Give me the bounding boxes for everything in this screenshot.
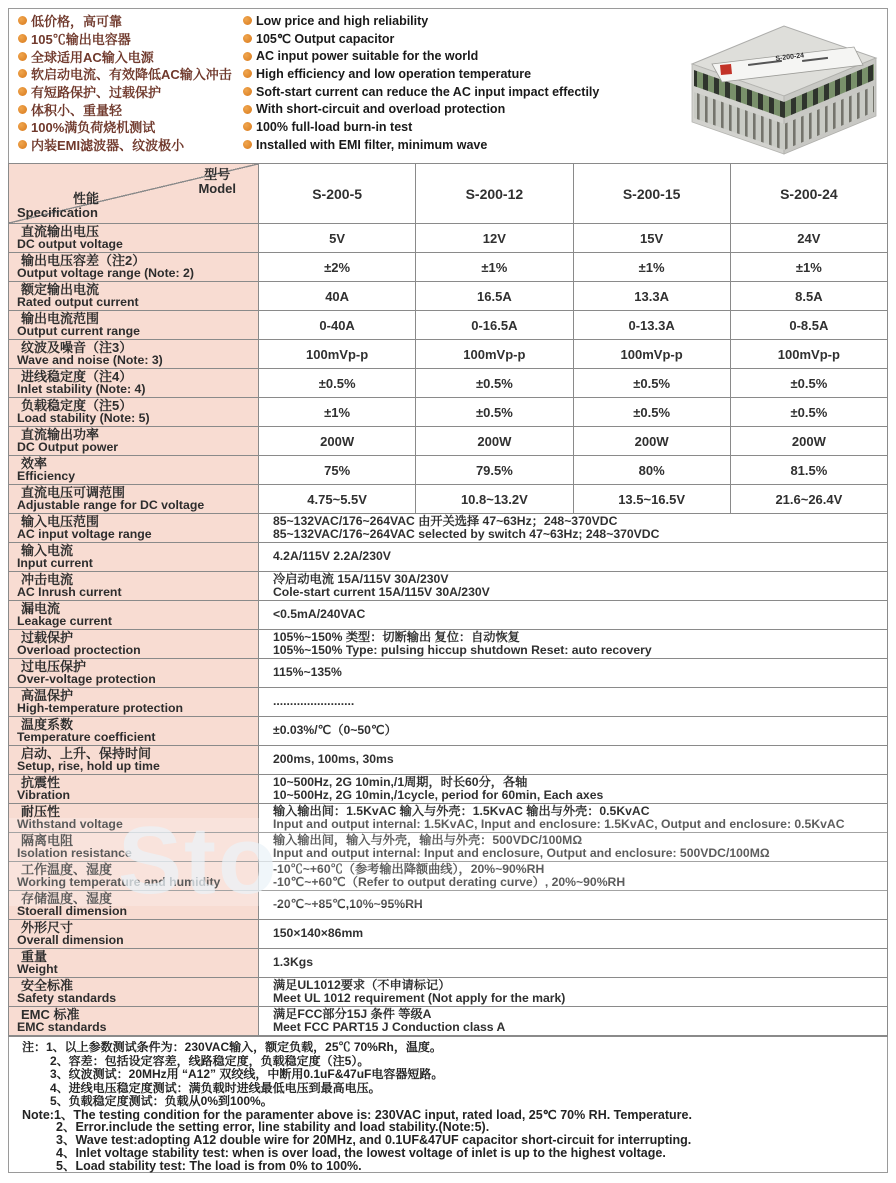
spec-label-en-text: Withstand voltage	[17, 818, 254, 831]
spec-label-cell: 进线稳定度（注4）Inlet stability (Note: 4)	[9, 369, 259, 398]
spec-label-cell: 抗震性Vibration	[9, 775, 259, 804]
spec-value-cell: 16.5A	[416, 282, 573, 311]
spec-label-cell: 外形尺寸Overall dimension	[9, 920, 259, 949]
spec-row: 过载保护Overload proctection105%~150% 类型：切断输…	[9, 630, 887, 659]
spec-label-cn-text: 温度系数	[21, 718, 254, 732]
spec-value-cell: 0-8.5A	[731, 311, 887, 340]
feature-text: 105℃ Output capacitor	[256, 31, 394, 46]
spec-value-cell: 12V	[416, 224, 573, 253]
spec-row: 直流电压可调范围Adjustable range for DC voltage4…	[9, 485, 887, 514]
spec-span-line: -20℃~+85℃,10%~95%RH	[273, 898, 423, 912]
spec-row: 输入电压范围AC input voltage range85~132VAC/17…	[9, 514, 887, 543]
spec-label-cn-text: 纹波及噪音（注3）	[21, 341, 254, 355]
note-line: Note:1、The testing condition for the par…	[8, 1109, 888, 1122]
spec-value-cell: 100mVp-p	[416, 340, 573, 369]
spec-value-cell: 75%	[259, 456, 416, 485]
spec-value-cell: ±1%	[416, 253, 573, 282]
feature-item: AC input power suitable for the world	[243, 47, 663, 65]
spec-label-cn-text: 耐压性	[21, 805, 254, 819]
spec-label-cn-text: 进线稳定度（注4）	[21, 370, 254, 384]
spec-value-cell: 0-16.5A	[416, 311, 573, 340]
feature-text: 105℃输出电容器	[31, 29, 131, 48]
spec-value-cell: ±0.5%	[416, 398, 573, 427]
feature-text: 低价格，高可靠	[31, 11, 122, 30]
feature-text: 内装EMI滤波器、纹波极小	[31, 135, 184, 154]
spec-label-en-text: Weight	[17, 963, 254, 976]
spec-label-en-text: Overall dimension	[17, 934, 254, 947]
spec-span-cell: 1.3Kgs	[259, 949, 887, 978]
spec-span-line: ........................	[273, 695, 354, 709]
spec-label-cell: 温度系数Temperature coefficient	[9, 717, 259, 746]
spec-label-en-text: Working temperature and humidity	[17, 876, 254, 889]
spec-span-cell: 85~132VAC/176~264VAC 由开关选择 47~63Hz；248~3…	[259, 514, 887, 543]
bullet-icon	[18, 87, 27, 96]
spec-label-cn-text: 隔离电阻	[21, 834, 254, 848]
spec-label-cell: EMC 标准EMC standards	[9, 1007, 259, 1036]
spec-row: 纹波及噪音（注3）Wave and noise (Note: 3)100mVp-…	[9, 340, 887, 369]
spec-span-line: 150×140×86mm	[273, 927, 363, 941]
spec-label-en-text: High-temperature protection	[17, 702, 254, 715]
feature-text: Soft-start current can reduce the AC inp…	[256, 85, 599, 99]
spec-label-en-text: Safety standards	[17, 992, 254, 1005]
feature-item: 内装EMI滤波器、纹波极小	[18, 136, 243, 154]
spec-label-cn-text: 输入电压范围	[21, 515, 254, 529]
bullet-icon	[18, 122, 27, 131]
notes-section: 注：1、以上参数测试条件为：230VAC输入，额定负载，25℃ 70%Rh，温度…	[8, 1041, 888, 1173]
spec-row: 过电压保护Over-voltage protection115%~135%	[9, 659, 887, 688]
spec-label-en-text: Overload proctection	[17, 644, 254, 657]
spec-value-cell: 81.5%	[731, 456, 887, 485]
spec-sheet-page: 低价格，高可靠105℃输出电容器全球适用AC输入电源软启动电流、有效降低AC输入…	[0, 0, 896, 1183]
spec-label-cell: 输入电流Input current	[9, 543, 259, 572]
spec-label-cell: 直流输出电压DC output voltage	[9, 224, 259, 253]
spec-value-cell: 8.5A	[731, 282, 887, 311]
spec-table: 型号 Model 性能 Specification S-200-5 S-200-…	[8, 163, 888, 1037]
spec-span-cell: 115%~135%	[259, 659, 887, 688]
spec-row: 输出电压容差（注2）Output voltage range (Note: 2)…	[9, 253, 887, 282]
spec-value-cell: 200W	[731, 427, 887, 456]
spec-value-cell: 100mVp-p	[259, 340, 416, 369]
feature-item: Low price and high reliability	[243, 12, 663, 30]
spec-value-cell: 10.8~13.2V	[416, 485, 573, 514]
spec-label-cell: 输入电压范围AC input voltage range	[9, 514, 259, 543]
spec-label-en: Specification	[17, 206, 99, 220]
spec-value-cell: ±0.5%	[731, 398, 887, 427]
spec-label-cn-text: 启动、上升、保持时间	[21, 747, 254, 761]
bullet-icon	[243, 122, 252, 131]
spec-span-cell: 200ms, 100ms, 30ms	[259, 746, 887, 775]
spec-label-cn-text: 效率	[21, 457, 254, 471]
spec-label-en-text: Inlet stability (Note: 4)	[17, 383, 254, 396]
spec-row: 进线稳定度（注4）Inlet stability (Note: 4)±0.5%±…	[9, 369, 887, 398]
bullet-icon	[18, 16, 27, 25]
spec-label-en-text: Stoerall dimension	[17, 905, 254, 918]
spec-value-cell: 200W	[574, 427, 731, 456]
spec-span-cell: ±0.03%/℃（0~50℃）	[259, 717, 887, 746]
spec-label-en-text: Isolation resistance	[17, 847, 254, 860]
spec-span-line: 10~500Hz, 2G 10min,/1周期，时长60分，各轴	[273, 776, 527, 790]
spec-label-en-text: Over-voltage protection	[17, 673, 254, 686]
spec-label-en-text: DC output voltage	[17, 238, 254, 251]
spec-value-cell: ±0.5%	[416, 369, 573, 398]
spec-row: 抗震性Vibration10~500Hz, 2G 10min,/1周期，时长60…	[9, 775, 887, 804]
note-line: 5、负载稳定度测试：负载从0%到100%。	[8, 1095, 888, 1109]
spec-value-cell: 13.3A	[574, 282, 731, 311]
features-cn: 低价格，高可靠105℃输出电容器全球适用AC输入电源软启动电流、有效降低AC输入…	[18, 12, 243, 154]
spec-label-cn-text: 过载保护	[21, 631, 254, 645]
spec-label-en-text: AC Inrush current	[17, 586, 254, 599]
spec-span-cell: 满足FCC部分15J 条件 等级AMeet FCC PART15 J Condu…	[259, 1007, 887, 1036]
spec-row: 隔离电阻Isolation resistance输入输出间，输入与外壳，输出与外…	[9, 833, 887, 862]
spec-span-cell: 4.2A/115V 2.2A/230V	[259, 543, 887, 572]
spec-span-cell: 输入输出间：1.5KvAC 输入与外壳：1.5KvAC 输出与外壳：0.5KvA…	[259, 804, 887, 833]
spec-label-en-text: Adjustable range for DC voltage	[17, 499, 254, 512]
spec-row: 输出电流范围Output current range0-40A0-16.5A0-…	[9, 311, 887, 340]
bullet-icon	[243, 16, 252, 25]
spec-label-en-text: DC Output power	[17, 441, 254, 454]
spec-span-cell: 10~500Hz, 2G 10min,/1周期，时长60分，各轴10~500Hz…	[259, 775, 887, 804]
spec-span-cell: 输入输出间，输入与外壳，输出与外壳：500VDC/100MΩInput and …	[259, 833, 887, 862]
spec-label-en-text: AC input voltage range	[17, 528, 254, 541]
spec-label-en-text: Output voltage range (Note: 2)	[17, 267, 254, 280]
spec-label-en-text: Load stability (Note: 5)	[17, 412, 254, 425]
spec-span-line: Input and output internal: 1.5KvAC, Inpu…	[273, 818, 845, 832]
spec-label-cell: 额定输出电流Rated output current	[9, 282, 259, 311]
model-column-header: S-200-5	[259, 164, 416, 224]
spec-span-line: Cole-start current 15A/115V 30A/230V	[273, 586, 490, 600]
spec-value-cell: 0-40A	[259, 311, 416, 340]
spec-row: 外形尺寸Overall dimension150×140×86mm	[9, 920, 887, 949]
spec-span-line: 10~500Hz, 2G 10min,/1cycle, period for 6…	[273, 789, 603, 803]
notes-cn: 注：1、以上参数测试条件为：230VAC输入，额定负载，25℃ 70%Rh，温度…	[8, 1041, 888, 1109]
bullet-icon	[243, 105, 252, 114]
table-corner-cell: 型号 Model 性能 Specification	[9, 164, 259, 224]
spec-span-cell: <0.5mA/240VAC	[259, 601, 887, 630]
spec-span-line: 满足UL1012要求（不申请标记）	[273, 979, 450, 993]
spec-value-cell: ±2%	[259, 253, 416, 282]
spec-value-cell: ±0.5%	[731, 369, 887, 398]
spec-row: 漏电流Leakage current<0.5mA/240VAC	[9, 601, 887, 630]
spec-span-cell: 满足UL1012要求（不申请标记）Meet UL 1012 requiremen…	[259, 978, 887, 1007]
spec-row: 存储温度、湿度Stoerall dimension-20℃~+85℃,10%~9…	[9, 891, 887, 920]
feature-item: 全球适用AC输入电源	[18, 47, 243, 65]
feature-text: 全球适用AC输入电源	[31, 47, 154, 66]
spec-label-cell: 过载保护Overload proctection	[9, 630, 259, 659]
spec-value-cell: 5V	[259, 224, 416, 253]
spec-label-en-text: Output current range	[17, 325, 254, 338]
feature-text: 体积小、重量轻	[31, 100, 122, 119]
spec-value-cell: ±1%	[731, 253, 887, 282]
spec-span-line: -10℃~+60℃（参考输出降额曲线），20%~90%RH	[273, 863, 544, 877]
bullet-icon	[18, 140, 27, 149]
feature-text: Installed with EMI filter, minimum wave	[256, 138, 487, 152]
feature-item: 体积小、重量轻	[18, 100, 243, 118]
spec-label-cell: 过电压保护Over-voltage protection	[9, 659, 259, 688]
bullet-icon	[243, 69, 252, 78]
spec-value-cell: ±0.5%	[259, 369, 416, 398]
spec-label-cell: 输出电压容差（注2）Output voltage range (Note: 2)	[9, 253, 259, 282]
spec-value-cell: 24V	[731, 224, 887, 253]
model-label-cn: 型号	[198, 168, 236, 182]
spec-label-cn-text: 负载稳定度（注5）	[21, 399, 254, 413]
bullet-icon	[243, 140, 252, 149]
spec-value-cell: 80%	[574, 456, 731, 485]
spec-label-cell: 重量Weight	[9, 949, 259, 978]
spec-label-cn-text: 安全标准	[21, 979, 254, 993]
spec-span-cell: -10℃~+60℃（参考输出降额曲线），20%~90%RH-10℃~+60℃（R…	[259, 862, 887, 891]
spec-label-cn-text: 外形尺寸	[21, 921, 254, 935]
spec-label-cell: 纹波及噪音（注3）Wave and noise (Note: 3)	[9, 340, 259, 369]
spec-span-cell: 105%~150% 类型：切断输出 复位：自动恢复105%~150% Type:…	[259, 630, 887, 659]
spec-span-line: <0.5mA/240VAC	[273, 608, 365, 622]
spec-span-line: Meet FCC PART15 J Conduction class A	[273, 1021, 505, 1035]
spec-label-cell: 耐压性Withstand voltage	[9, 804, 259, 833]
spec-label-cn-text: 漏电流	[21, 602, 254, 616]
spec-row: 高温保护High-temperature protection.........…	[9, 688, 887, 717]
bullet-icon	[18, 34, 27, 43]
spec-span-line: ±0.03%/℃（0~50℃）	[273, 724, 397, 738]
spec-row: 重量Weight1.3Kgs	[9, 949, 887, 978]
spec-label-cell: 隔离电阻Isolation resistance	[9, 833, 259, 862]
spec-value-cell: 13.5~16.5V	[574, 485, 731, 514]
spec-value-cell: 100mVp-p	[574, 340, 731, 369]
feature-item: Soft-start current can reduce the AC inp…	[243, 83, 663, 101]
spec-label-cn-text: 输出电流范围	[21, 312, 254, 326]
corner-model-block: 型号 Model	[198, 168, 236, 196]
spec-label-cn: 性能	[73, 192, 99, 206]
feature-text: 软启动电流、有效降低AC输入冲击	[31, 64, 232, 83]
notes-en: Note:1、The testing condition for the par…	[8, 1109, 888, 1174]
spec-label-cell: 工作温度、湿度Working temperature and humidity	[9, 862, 259, 891]
spec-span-cell: -20℃~+85℃,10%~95%RH	[259, 891, 887, 920]
spec-value-cell: 4.75~5.5V	[259, 485, 416, 514]
spec-label-cn-text: 输入电流	[21, 544, 254, 558]
feature-item: 低价格，高可靠	[18, 12, 243, 30]
spec-value-cell: 40A	[259, 282, 416, 311]
spec-span-line: 85~132VAC/176~264VAC selected by switch …	[273, 528, 659, 542]
feature-text: High efficiency and low operation temper…	[256, 67, 531, 81]
spec-span-cell: ........................	[259, 688, 887, 717]
spec-value-cell: ±0.5%	[574, 369, 731, 398]
table-header-row: 型号 Model 性能 Specification S-200-5 S-200-…	[9, 164, 887, 224]
spec-label-cn-text: 过电压保护	[21, 660, 254, 674]
spec-label-en-text: Wave and noise (Note: 3)	[17, 354, 254, 367]
feature-item: 100% full-load burn-in test	[243, 118, 663, 136]
spec-label-cell: 安全标准Safety standards	[9, 978, 259, 1007]
feature-item: Installed with EMI filter, minimum wave	[243, 136, 663, 154]
feature-item: 软启动电流、有效降低AC输入冲击	[18, 65, 243, 83]
feature-text: AC input power suitable for the world	[256, 49, 478, 63]
label-red-mark	[720, 64, 732, 75]
spec-row: 效率Efficiency75%79.5%80%81.5%	[9, 456, 887, 485]
spec-value-cell: 15V	[574, 224, 731, 253]
spec-row: 温度系数Temperature coefficient±0.03%/℃（0~50…	[9, 717, 887, 746]
feature-item: With short-circuit and overload protecti…	[243, 100, 663, 118]
feature-item: 105℃输出电容器	[18, 30, 243, 48]
spec-label-cn-text: 直流输出功率	[21, 428, 254, 442]
spec-label-cn-text: 直流电压可调范围	[21, 486, 254, 500]
spec-row: 输入电流Input current4.2A/115V 2.2A/230V	[9, 543, 887, 572]
spec-label-cn-text: 重量	[21, 950, 254, 964]
feature-text: Low price and high reliability	[256, 14, 428, 28]
spec-span-line: 4.2A/115V 2.2A/230V	[273, 550, 391, 564]
spec-row: 安全标准Safety standards满足UL1012要求（不申请标记）Mee…	[9, 978, 887, 1007]
bullet-icon	[18, 52, 27, 61]
spec-label-cn-text: 工作温度、湿度	[21, 863, 254, 877]
spec-row: 耐压性Withstand voltage输入输出间：1.5KvAC 输入与外壳：…	[9, 804, 887, 833]
spec-label-cell: 效率Efficiency	[9, 456, 259, 485]
model-column-header: S-200-15	[574, 164, 731, 224]
feature-text: With short-circuit and overload protecti…	[256, 102, 505, 116]
spec-label-en-text: Input current	[17, 557, 254, 570]
spec-label-en-text: Temperature coefficient	[17, 731, 254, 744]
spec-label-en-text: Setup, rise, hold up time	[17, 760, 254, 773]
feature-item: High efficiency and low operation temper…	[243, 65, 663, 83]
spec-span-line: 115%~135%	[273, 666, 342, 680]
feature-text: 100% full-load burn-in test	[256, 120, 412, 134]
spec-label-cell: 输出电流范围Output current range	[9, 311, 259, 340]
spec-label-cell: 直流电压可调范围Adjustable range for DC voltage	[9, 485, 259, 514]
spec-value-cell: 21.6~26.4V	[731, 485, 887, 514]
spec-label-cn-text: 抗震性	[21, 776, 254, 790]
spec-label-cell: 直流输出功率DC Output power	[9, 427, 259, 456]
model-column-header: S-200-12	[416, 164, 573, 224]
note-line: 5、Load stability test: The load is from …	[8, 1160, 888, 1173]
spec-label-cell: 冲击电流AC Inrush current	[9, 572, 259, 601]
feature-item: 有短路保护、过载保护	[18, 83, 243, 101]
feature-text: 有短路保护、过载保护	[31, 82, 161, 101]
spec-span-line: 105%~150% 类型：切断输出 复位：自动恢复	[273, 631, 520, 645]
model-column-header: S-200-24	[731, 164, 887, 224]
spec-label-cn-text: 输出电压容差（注2）	[21, 254, 254, 268]
spec-label-cell: 存储温度、湿度Stoerall dimension	[9, 891, 259, 920]
spec-value-cell: 0-13.3A	[574, 311, 731, 340]
note-line: 4、进线电压稳定度测试：满负载时进线最低电压到最高电压。	[8, 1082, 888, 1096]
feature-item: 100%满负荷烧机测试	[18, 118, 243, 136]
spec-label-en-text: Rated output current	[17, 296, 254, 309]
spec-span-cell: 冷启动电流 15A/115V 30A/230VCole-start curren…	[259, 572, 887, 601]
spec-label-cell: 启动、上升、保持时间Setup, rise, hold up time	[9, 746, 259, 775]
spec-value-cell: ±1%	[574, 253, 731, 282]
spec-row: 负载稳定度（注5）Load stability (Note: 5)±1%±0.5…	[9, 398, 887, 427]
spec-span-line: Meet UL 1012 requirement (Not apply for …	[273, 992, 565, 1006]
spec-label-en-text: Vibration	[17, 789, 254, 802]
spec-value-cell: 79.5%	[416, 456, 573, 485]
spec-value-cell: 200W	[416, 427, 573, 456]
note-line: 3、Wave test:adopting A12 double wire for…	[8, 1134, 888, 1147]
spec-label-cn-text: 冲击电流	[21, 573, 254, 587]
spec-label-en-text: Efficiency	[17, 470, 254, 483]
spec-span-line: 输入输出间：1.5KvAC 输入与外壳：1.5KvAC 输出与外壳：0.5KvA…	[273, 805, 650, 819]
spec-label-en-text: EMC standards	[17, 1021, 254, 1034]
note-line: 注：1、以上参数测试条件为：230VAC输入，额定负载，25℃ 70%Rh，温度…	[8, 1041, 888, 1055]
spec-span-line: 200ms, 100ms, 30ms	[273, 753, 394, 767]
spec-value-cell: ±0.5%	[574, 398, 731, 427]
spec-row: 额定输出电流Rated output current40A16.5A13.3A8…	[9, 282, 887, 311]
spec-value-cell: 200W	[259, 427, 416, 456]
note-line: 4、Inlet voltage stability test: when is …	[8, 1147, 888, 1160]
note-line: 3、纹波测试：20MHz用 “A12” 双绞线，中断用0.1uF&47uF电容器…	[8, 1068, 888, 1082]
spec-label-cn-text: 直流输出电压	[21, 225, 254, 239]
bullet-icon	[18, 69, 27, 78]
model-label-en: Model	[198, 182, 236, 196]
spec-row: 工作温度、湿度Working temperature and humidity-…	[9, 862, 887, 891]
spec-value-cell: 100mVp-p	[731, 340, 887, 369]
product-photo: S-200-24	[662, 12, 888, 158]
spec-span-line: 1.3Kgs	[273, 956, 313, 970]
note-line: 2、Error.include the setting error, line …	[8, 1121, 888, 1134]
bullet-icon	[243, 34, 252, 43]
spec-label-cn-text: EMC 标准	[21, 1008, 254, 1022]
spec-span-line: Input and output internal: Input and enc…	[273, 847, 770, 861]
spec-label-cn-text: 高温保护	[21, 689, 254, 703]
spec-row: EMC 标准EMC standards满足FCC部分15J 条件 等级AMeet…	[9, 1007, 887, 1036]
spec-span-line: 满足FCC部分15J 条件 等级A	[273, 1008, 431, 1022]
features-en: Low price and high reliability105℃ Outpu…	[243, 12, 663, 154]
spec-label-cn-text: 额定输出电流	[21, 283, 254, 297]
spec-row: 冲击电流AC Inrush current冷启动电流 15A/115V 30A/…	[9, 572, 887, 601]
bullet-icon	[243, 52, 252, 61]
spec-label-cn-text: 存储温度、湿度	[21, 892, 254, 906]
corner-spec-block: 性能 Specification	[17, 192, 99, 220]
spec-span-line: 冷启动电流 15A/115V 30A/230V	[273, 573, 448, 587]
feature-item: 105℃ Output capacitor	[243, 30, 663, 48]
spec-label-cell: 负载稳定度（注5）Load stability (Note: 5)	[9, 398, 259, 427]
spec-span-line: -10℃~+60℃（Refer to output derating curve…	[273, 876, 625, 890]
spec-span-line: 105%~150% Type: pulsing hiccup shutdown …	[273, 644, 652, 658]
spec-value-cell: ±1%	[259, 398, 416, 427]
spec-label-cell: 漏电流Leakage current	[9, 601, 259, 630]
spec-label-en-text: Leakage current	[17, 615, 254, 628]
note-line: 2、容差：包括设定容差，线路稳定度，负载稳定度（注5）。	[8, 1055, 888, 1069]
spec-span-cell: 150×140×86mm	[259, 920, 887, 949]
spec-row: 启动、上升、保持时间Setup, rise, hold up time200ms…	[9, 746, 887, 775]
spec-span-line: 输入输出间，输入与外壳，输出与外壳：500VDC/100MΩ	[273, 834, 582, 848]
spec-label-cell: 高温保护High-temperature protection	[9, 688, 259, 717]
bullet-icon	[18, 105, 27, 114]
spec-span-line: 85~132VAC/176~264VAC 由开关选择 47~63Hz；248~3…	[273, 515, 617, 529]
feature-text: 100%满负荷烧机测试	[31, 117, 155, 136]
spec-row: 直流输出功率DC Output power200W200W200W200W	[9, 427, 887, 456]
bullet-icon	[243, 87, 252, 96]
spec-row: 直流输出电压DC output voltage5V12V15V24V	[9, 224, 887, 253]
